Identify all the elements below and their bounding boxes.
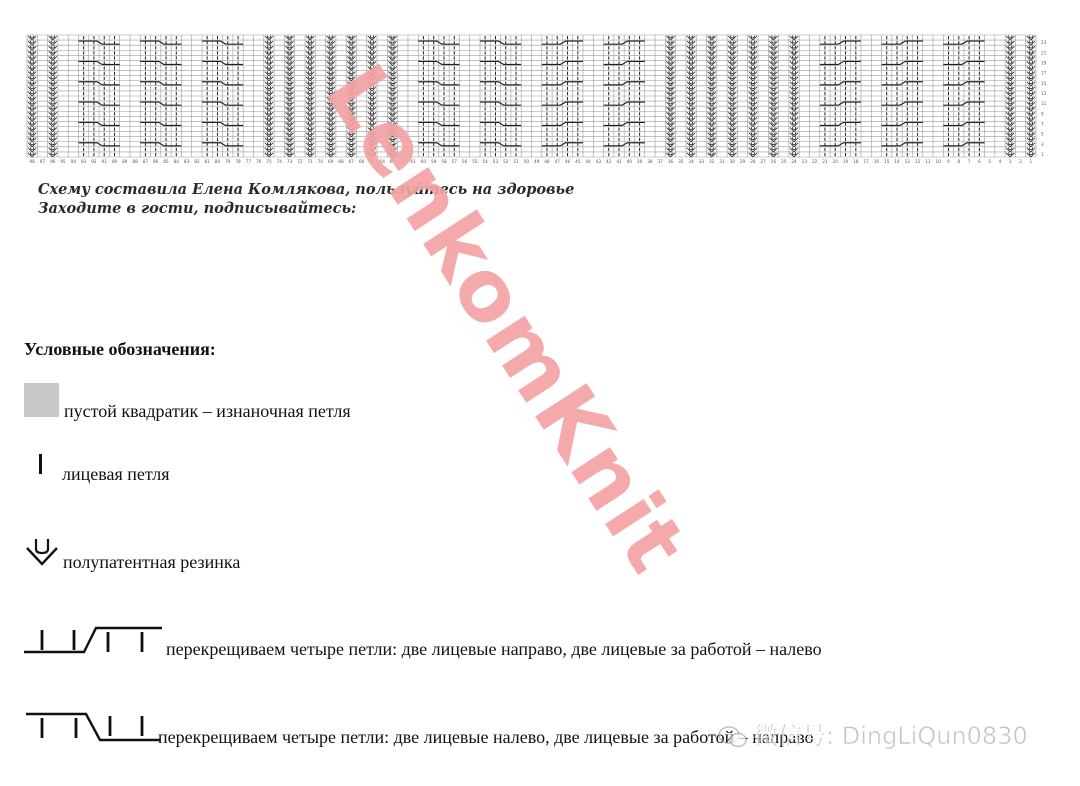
svg-text:60: 60 <box>421 159 427 164</box>
svg-text:6: 6 <box>978 159 981 164</box>
svg-text:59: 59 <box>431 159 437 164</box>
svg-text:43: 43 <box>596 159 602 164</box>
svg-text:25: 25 <box>781 159 787 164</box>
svg-text:57: 57 <box>452 159 458 164</box>
svg-text:73: 73 <box>287 159 293 164</box>
svg-text:3: 3 <box>1009 159 1012 164</box>
svg-text:19: 19 <box>1041 60 1047 65</box>
svg-text:13: 13 <box>1041 91 1047 96</box>
svg-text:85: 85 <box>163 159 169 164</box>
svg-text:87: 87 <box>143 159 149 164</box>
svg-text:82: 82 <box>194 159 200 164</box>
svg-text:34: 34 <box>688 159 694 164</box>
svg-text:11: 11 <box>925 159 931 164</box>
svg-text:90: 90 <box>112 159 118 164</box>
svg-text:63: 63 <box>390 159 396 164</box>
legend-item-knit: лицевая петля <box>62 464 170 485</box>
legend-item-cable-left: перекрещиваем четыре петли: две лицевые … <box>158 727 814 748</box>
svg-text:61: 61 <box>410 159 416 164</box>
svg-text:8: 8 <box>957 159 960 164</box>
svg-text:35: 35 <box>678 159 684 164</box>
svg-text:70: 70 <box>318 159 324 164</box>
svg-text:37: 37 <box>658 159 664 164</box>
svg-text:1: 1 <box>1030 159 1033 164</box>
svg-text:48: 48 <box>544 159 550 164</box>
svg-text:23: 23 <box>1041 40 1047 45</box>
cable-right-cross-icon <box>24 622 164 656</box>
svg-text:15: 15 <box>1041 81 1047 86</box>
svg-text:69: 69 <box>328 159 334 164</box>
svg-text:40: 40 <box>627 159 633 164</box>
svg-text:17: 17 <box>1041 71 1047 76</box>
svg-text:91: 91 <box>102 159 108 164</box>
svg-text:67: 67 <box>349 159 355 164</box>
svg-text:62: 62 <box>400 159 406 164</box>
purl-square-icon <box>24 383 59 417</box>
svg-text:94: 94 <box>71 159 77 164</box>
svg-text:12: 12 <box>915 159 921 164</box>
svg-text:72: 72 <box>297 159 303 164</box>
svg-text:13: 13 <box>905 159 911 164</box>
svg-text:5: 5 <box>988 159 991 164</box>
svg-text:23: 23 <box>802 159 808 164</box>
svg-text:16: 16 <box>874 159 880 164</box>
svg-text:84: 84 <box>174 159 180 164</box>
legend-item-cable-right: перекрещиваем четыре петли: две лицевые … <box>166 639 822 660</box>
svg-text:93: 93 <box>81 159 87 164</box>
svg-text:27: 27 <box>760 159 766 164</box>
svg-text:98: 98 <box>29 159 35 164</box>
svg-text:21: 21 <box>822 159 828 164</box>
svg-text:31: 31 <box>719 159 725 164</box>
svg-text:7: 7 <box>1041 121 1044 126</box>
svg-text:22: 22 <box>812 159 818 164</box>
svg-text:18: 18 <box>853 159 859 164</box>
svg-text:77: 77 <box>246 159 252 164</box>
svg-text:38: 38 <box>647 159 653 164</box>
svg-text:96: 96 <box>50 159 56 164</box>
svg-text:9: 9 <box>947 159 950 164</box>
svg-text:26: 26 <box>771 159 777 164</box>
svg-text:19: 19 <box>843 159 849 164</box>
svg-text:17: 17 <box>863 159 869 164</box>
svg-text:49: 49 <box>534 159 540 164</box>
svg-text:92: 92 <box>91 159 97 164</box>
svg-text:56: 56 <box>462 159 468 164</box>
svg-text:5: 5 <box>1041 132 1044 137</box>
svg-text:14: 14 <box>894 159 900 164</box>
svg-text:20: 20 <box>833 159 839 164</box>
svg-text:30: 30 <box>730 159 736 164</box>
svg-text:81: 81 <box>205 159 211 164</box>
svg-text:21: 21 <box>1041 50 1047 55</box>
svg-text:24: 24 <box>791 159 797 164</box>
knit-stitch-icon <box>39 454 42 474</box>
svg-text:58: 58 <box>441 159 447 164</box>
svg-text:76: 76 <box>256 159 262 164</box>
svg-text:10: 10 <box>936 159 942 164</box>
svg-text:75: 75 <box>266 159 272 164</box>
svg-text:80: 80 <box>215 159 221 164</box>
svg-text:42: 42 <box>606 159 612 164</box>
svg-text:28: 28 <box>750 159 756 164</box>
svg-text:9: 9 <box>1041 111 1044 116</box>
svg-text:71: 71 <box>307 159 313 164</box>
svg-text:64: 64 <box>380 159 386 164</box>
svg-text:44: 44 <box>585 159 591 164</box>
svg-text:86: 86 <box>153 159 159 164</box>
svg-text:65: 65 <box>369 159 375 164</box>
svg-text:1: 1 <box>1041 152 1044 157</box>
svg-text:95: 95 <box>60 159 66 164</box>
cable-left-cross-icon <box>24 708 164 744</box>
author-caption: Схему составила Елена Комлякова, пользуй… <box>38 181 574 199</box>
svg-text:41: 41 <box>616 159 622 164</box>
svg-text:32: 32 <box>709 159 715 164</box>
svg-text:11: 11 <box>1041 101 1047 106</box>
svg-text:54: 54 <box>482 159 488 164</box>
svg-text:74: 74 <box>277 159 283 164</box>
svg-text:7: 7 <box>968 159 971 164</box>
svg-text:51: 51 <box>513 159 519 164</box>
svg-text:4: 4 <box>999 159 1002 164</box>
svg-text:3: 3 <box>1041 142 1044 147</box>
legend-item-rib: полупатентная резинка <box>63 552 240 573</box>
svg-text:36: 36 <box>668 159 674 164</box>
subscribe-caption: Заходите в гости, подписывайтесь: <box>38 200 356 218</box>
legend-title: Условные обозначения: <box>24 339 216 360</box>
svg-text:2: 2 <box>1019 159 1022 164</box>
svg-text:50: 50 <box>524 159 530 164</box>
legend-item-purl: пустой квадратик – изнаночная петля <box>64 401 351 422</box>
svg-text:97: 97 <box>40 159 46 164</box>
svg-text:47: 47 <box>555 159 561 164</box>
svg-text:39: 39 <box>637 159 643 164</box>
svg-text:15: 15 <box>884 159 890 164</box>
svg-text:89: 89 <box>122 159 128 164</box>
svg-text:53: 53 <box>493 159 499 164</box>
semi-patent-rib-icon <box>24 536 60 568</box>
svg-text:66: 66 <box>359 159 365 164</box>
svg-text:52: 52 <box>503 159 509 164</box>
svg-text:45: 45 <box>575 159 581 164</box>
svg-text:55: 55 <box>472 159 478 164</box>
svg-text:33: 33 <box>699 159 705 164</box>
svg-text:79: 79 <box>225 159 231 164</box>
svg-text:78: 78 <box>235 159 241 164</box>
knitting-chart: 9897969594939291908988878685848382818079… <box>0 0 1080 172</box>
svg-text:83: 83 <box>184 159 190 164</box>
svg-text:29: 29 <box>740 159 746 164</box>
svg-text:88: 88 <box>132 159 138 164</box>
svg-text:68: 68 <box>338 159 344 164</box>
svg-text:46: 46 <box>565 159 571 164</box>
